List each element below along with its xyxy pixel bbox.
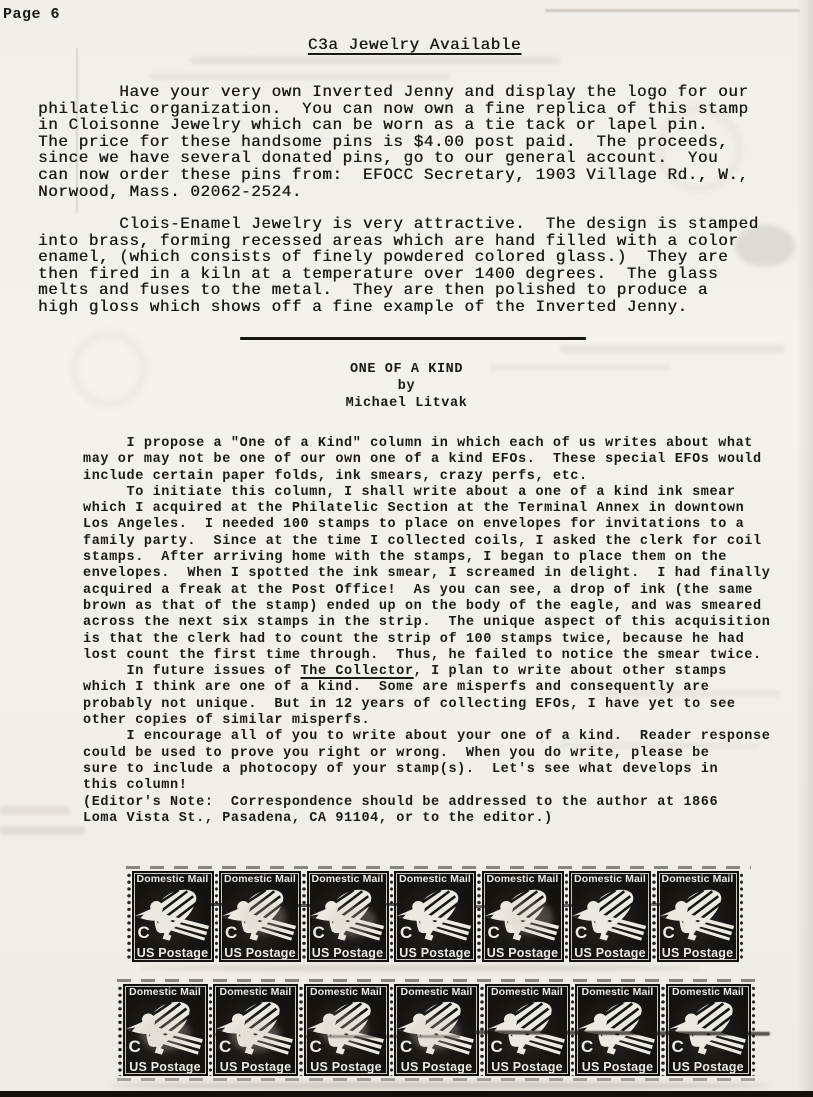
photocopy-wash	[320, 1012, 368, 1046]
stamp-bottom-label: US Postage	[394, 946, 476, 960]
ink-smear	[386, 903, 404, 906]
article2-paragraph-2: To initiate this column, I shall write a…	[83, 485, 770, 663]
stamp-denomination-letter: C	[400, 1037, 412, 1057]
section-divider-rule	[240, 337, 586, 340]
article2-paragraph-3-start: In future issues of	[83, 664, 301, 679]
perforation-column	[739, 871, 745, 962]
stamp-denomination-letter: C	[663, 923, 675, 943]
article1-title: C3a Jewelry Available	[0, 36, 813, 54]
strip-shadow	[140, 965, 700, 971]
scan-edge-bar	[0, 1091, 813, 1097]
stamp-top-label: Domestic Mail	[307, 873, 389, 885]
article2-author: Michael Litvak	[0, 395, 813, 412]
coil-stamp: Domestic Mail C US Postage	[657, 871, 739, 962]
coil-stamp: Domestic Mail C US Postage	[132, 871, 214, 962]
stamp-top-label: Domestic Mail	[482, 873, 564, 885]
scanned-newsletter-page: Page 6 C3a Jewelry Available Have your v…	[0, 0, 813, 1097]
article1-paragraph-1: Have your very own Inverted Jenny and di…	[38, 84, 749, 200]
article2-heading: ONE OF A KIND by Michael Litvak	[0, 361, 813, 412]
stamp-strip-row-1: Domestic Mail C US Postage Domesti	[126, 871, 744, 962]
stamp-denomination-letter: C	[400, 923, 412, 943]
page-number: Page 6	[3, 6, 60, 23]
stamp-bottom-label: US Postage	[394, 1060, 479, 1074]
stamp-denomination-letter: C	[129, 1037, 141, 1057]
stamp-denomination-letter: C	[138, 923, 150, 943]
coil-stamp: Domestic Mail C US Postage	[666, 984, 751, 1076]
photocopy-wash	[230, 1018, 280, 1052]
stamp-top-label: Domestic Mail	[213, 986, 298, 998]
ink-smear	[209, 903, 225, 906]
stamp-top-label: Domestic Mail	[219, 873, 301, 885]
strip-shadow	[110, 1082, 770, 1089]
stamp-denomination-letter: C	[488, 923, 500, 943]
bleed-through-text	[190, 57, 560, 64]
stamp-denomination-letter: C	[581, 1037, 593, 1057]
photocopy-wash	[505, 900, 553, 934]
photocopy-wash	[240, 900, 286, 934]
article2-body: I propose a "One of a Kind" column in wh…	[83, 436, 770, 827]
bleed-through-text	[150, 73, 450, 80]
photocopy-wash	[410, 1016, 460, 1050]
stamp-top-label: Domestic Mail	[666, 986, 751, 998]
stamp-top-label: Domestic Mail	[132, 873, 214, 885]
editors-note: (Editor's Note: Correspondence should be…	[83, 795, 718, 826]
stamp-bottom-label: US Postage	[304, 1060, 389, 1074]
stamp-denomination-letter: C	[313, 923, 325, 943]
stamp-bottom-label: US Postage	[132, 946, 214, 960]
strip-bottom-perforation-shadow	[117, 1078, 757, 1081]
article2-paragraph-4: I encourage all of you to write about yo…	[83, 729, 770, 793]
stamp-bottom-label: US Postage	[485, 1060, 570, 1074]
article2-byline: by	[0, 378, 813, 395]
bleed-through-text	[0, 826, 85, 835]
bleed-through-text	[560, 345, 785, 353]
stamp-top-label: Domestic Mail	[485, 986, 570, 998]
stamp-top-label: Domestic Mail	[569, 873, 651, 885]
stamp-denomination-letter: C	[219, 1037, 231, 1057]
stamp-top-label: Domestic Mail	[575, 986, 660, 998]
stamp-top-label: Domestic Mail	[394, 873, 476, 885]
perforation-column	[751, 984, 757, 1076]
stamp-denomination-letter: C	[672, 1037, 684, 1057]
stamp-denomination-letter: C	[225, 923, 237, 943]
article2-title: ONE OF A KIND	[0, 361, 813, 378]
bleed-through-line	[545, 9, 800, 12]
stamp-top-label: Domestic Mail	[394, 986, 479, 998]
stamp-bottom-label: US Postage	[123, 1060, 208, 1074]
photocopy-wash	[140, 1015, 190, 1051]
coil-stamp: Domestic Mail C US Postage	[569, 871, 651, 962]
photocopy-wash	[330, 905, 376, 937]
ink-smear	[563, 904, 579, 907]
stamp-top-label: Domestic Mail	[304, 986, 389, 998]
strip-top-perforation-shadow	[126, 866, 751, 869]
ink-smear	[651, 903, 667, 906]
publication-name-underlined: The Collector	[301, 664, 414, 679]
stamp-bottom-label: US Postage	[307, 946, 389, 960]
stamp-bottom-label: US Postage	[213, 1060, 298, 1074]
stamp-bottom-label: US Postage	[657, 946, 739, 960]
article1-paragraph-2: Clois-Enamel Jewelry is very attractive.…	[38, 216, 759, 316]
stamp-bottom-label: US Postage	[219, 946, 301, 960]
stamp-bottom-label: US Postage	[569, 946, 651, 960]
strip-top-perforation-shadow	[117, 979, 757, 982]
stamp-bottom-label: US Postage	[482, 946, 564, 960]
stamp-denomination-letter: C	[575, 923, 587, 943]
bleed-through-text	[0, 806, 70, 815]
stamp-bottom-label: US Postage	[666, 1060, 751, 1074]
coil-stamp: Domestic Mail C US Postage	[394, 871, 476, 962]
scan-edge-shadow	[797, 0, 813, 1097]
ink-smear	[297, 904, 313, 907]
stamp-top-label: Domestic Mail	[657, 873, 739, 885]
stamp-top-label: Domestic Mail	[123, 986, 208, 998]
ink-smear	[474, 905, 490, 908]
article2-paragraph-1: I propose a "One of a Kind" column in wh…	[83, 436, 762, 484]
stamp-denomination-letter: C	[310, 1037, 322, 1057]
stamp-denomination-letter: C	[491, 1037, 503, 1057]
stamp-bottom-label: US Postage	[575, 1060, 660, 1074]
